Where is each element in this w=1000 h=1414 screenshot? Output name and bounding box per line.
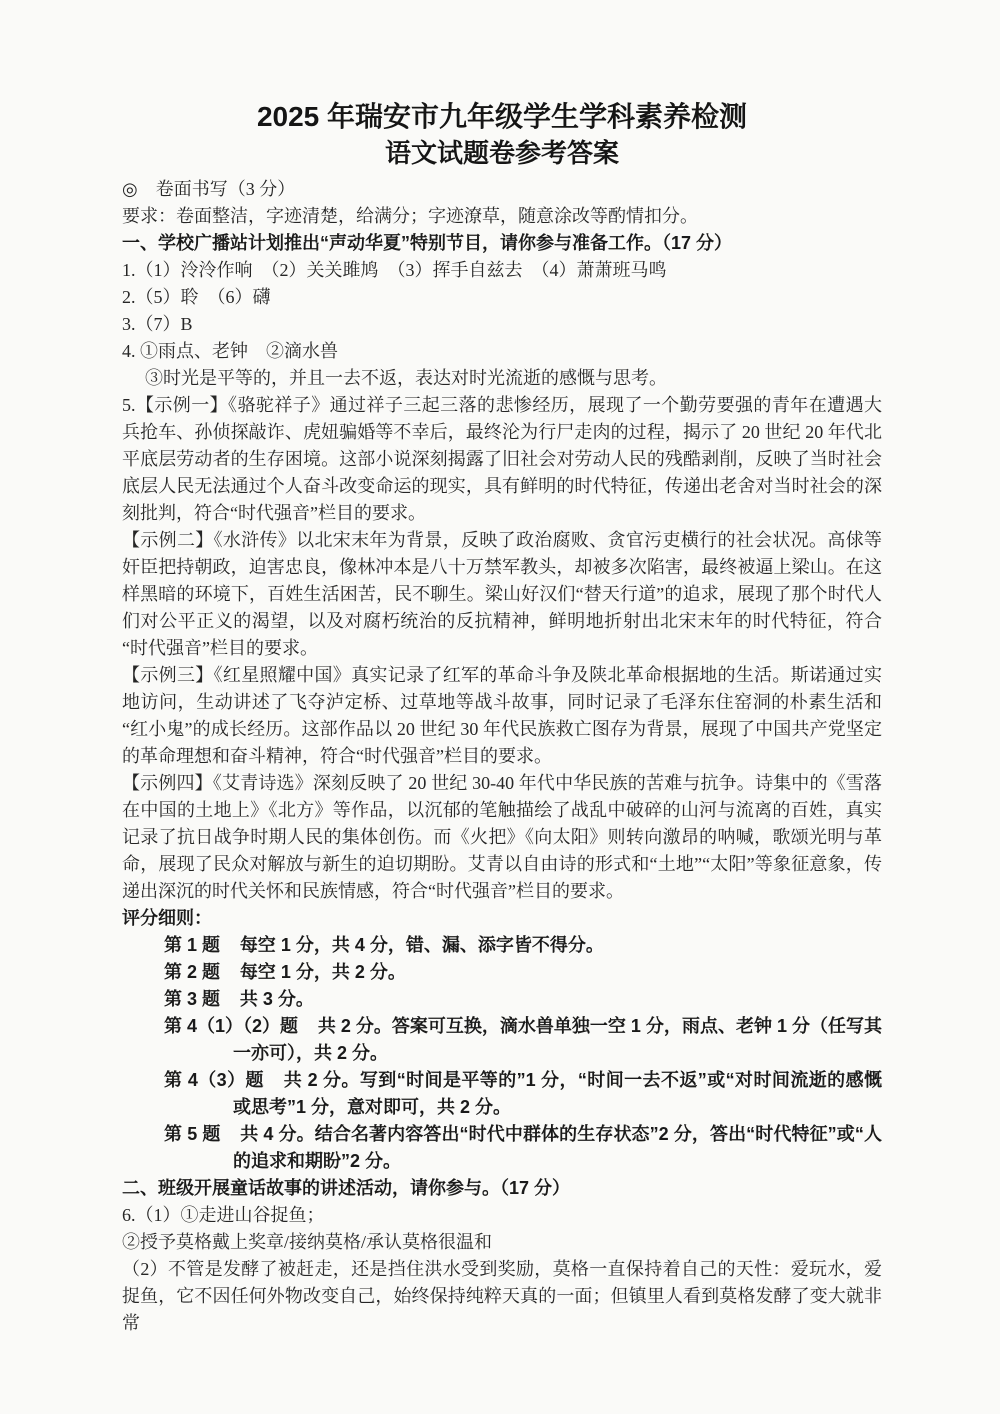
- scoring-item-q4-1-2: 第 4（1）（2）题共 2 分。答案可互换，滴水兽单独一空 1 分，雨点、老钟 …: [122, 1013, 882, 1067]
- handwriting-requirement: 要求：卷面整洁，字迹清楚，给满分；字迹潦草，随意涂改等酌情扣分。: [122, 203, 882, 230]
- scoring-item-q4-1-2-text: 共 2 分。答案可互换，滴水兽单独一空 1 分，雨点、老钟 1 分（任写其一亦可…: [233, 1016, 882, 1063]
- scoring-item-q5-text: 共 4 分。结合名著内容答出“时代中群体的生存状态”2 分，答出“时代特征”或“…: [233, 1124, 882, 1171]
- scoring-item-q1-text: 每空 1 分，共 4 分，错、漏、添字皆不得分。: [240, 935, 604, 955]
- scoring-item-q4-3-text: 共 2 分。写到“时间是平等的”1 分，“时间一去不返”或“对时间流逝的感慨或思…: [233, 1070, 882, 1117]
- scoring-heading: 评分细则：: [122, 905, 882, 932]
- scoring-item-q1-label: 第 1 题: [164, 935, 220, 955]
- document-title: 2025 年瑞安市九年级学生学科素养检测: [122, 98, 882, 136]
- scoring-item-q4-3: 第 4（3）题共 2 分。写到“时间是平等的”1 分，“时间一去不返”或“对时间…: [122, 1067, 882, 1121]
- scoring-item-q3-text: 共 3 分。: [240, 989, 314, 1009]
- section-two-heading: 二、班级开展童话故事的讲述活动，请你参与。（17 分）: [122, 1175, 882, 1202]
- handwriting-heading: ◎ 卷面书写（3 分）: [122, 176, 882, 203]
- scoring-item-q4-1-2-label: 第 4（1）（2）题: [164, 1016, 298, 1036]
- scoring-item-q1: 第 1 题每空 1 分，共 4 分，错、漏、添字皆不得分。: [122, 932, 882, 959]
- answer-5-example-1: 5.【示例一】《骆驼祥子》通过祥子三起三落的悲惨经历，展现了一个勤劳要强的青年在…: [122, 392, 882, 527]
- section-one-heading: 一、学校广播站计划推出“声动华夏”特别节目，请你参与准备工作。（17 分）: [122, 230, 882, 257]
- scoring-item-q3-label: 第 3 题: [164, 989, 220, 1009]
- answer-5-example-3: 【示例三】《红星照耀中国》真实记录了红军的革命斗争及陕北革命根据地的生活。斯诺通…: [122, 662, 882, 770]
- scoring-item-q5: 第 5 题共 4 分。结合名著内容答出“时代中群体的生存状态”2 分，答出“时代…: [122, 1121, 882, 1175]
- scoring-item-q4-3-label: 第 4（3）题: [164, 1070, 264, 1090]
- scoring-item-q2-label: 第 2 题: [164, 962, 220, 982]
- scoring-item-q2: 第 2 题每空 1 分，共 2 分。: [122, 959, 882, 986]
- answer-1: 1.（1）泠泠作响 （2）关关雎鸠 （3）挥手自兹去 （4）萧萧班马鸣: [122, 257, 882, 284]
- answer-5-example-2: 【示例二】《水浒传》以北宋末年为背景，反映了政治腐败、贪官污吏横行的社会状况。高…: [122, 527, 882, 662]
- scoring-item-q5-label: 第 5 题: [164, 1124, 220, 1144]
- document-page: 2025 年瑞安市九年级学生学科素养检测 语文试题卷参考答案 ◎ 卷面书写（3 …: [0, 0, 1000, 1414]
- answer-5-example-4: 【示例四】《艾青诗选》深刻反映了 20 世纪 30-40 年代中华民族的苦难与抗…: [122, 770, 882, 905]
- answer-4-part2: ③时光是平等的，并且一去不返，表达对时光流逝的感慨与思考。: [122, 365, 882, 392]
- scoring-item-q2-text: 每空 1 分，共 2 分。: [240, 962, 406, 982]
- answer-2: 2.（5）聆 （6）礴: [122, 284, 882, 311]
- answer-6-1-second: ②授予莫格戴上奖章/接纳莫格/承认莫格很温和: [122, 1229, 882, 1256]
- answer-6-2: （2）不管是发酵了被赶走，还是挡住洪水受到奖励，莫格一直保持着自己的天性：爱玩水…: [122, 1256, 882, 1337]
- answer-4-part1: 4. ①雨点、老钟 ②滴水兽: [122, 338, 882, 365]
- answer-3: 3.（7）B: [122, 311, 882, 338]
- document-subtitle: 语文试题卷参考答案: [122, 136, 882, 171]
- scoring-item-q3: 第 3 题共 3 分。: [122, 986, 882, 1013]
- answer-6-1-first: 6.（1）①走进山谷捉鱼；: [122, 1202, 882, 1229]
